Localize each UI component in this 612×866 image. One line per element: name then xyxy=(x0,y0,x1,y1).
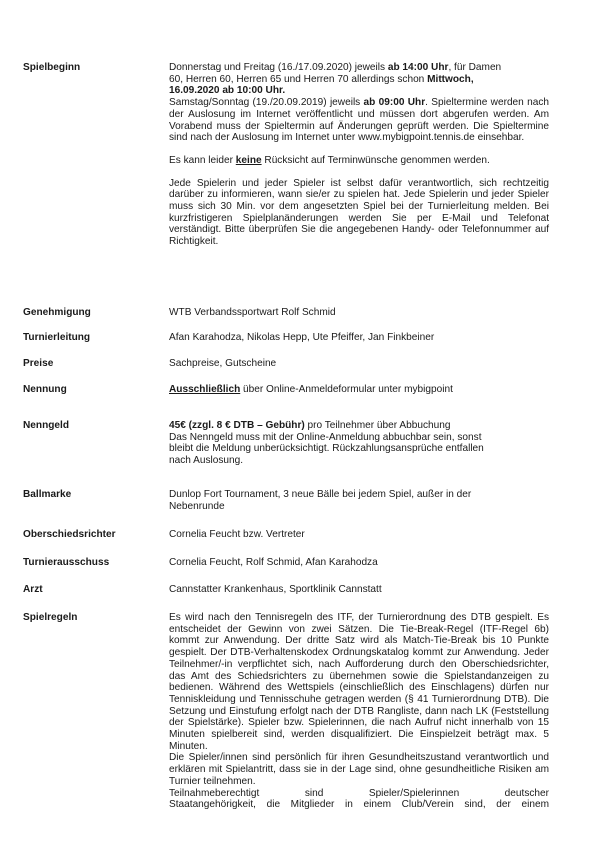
underlined-keine: keine xyxy=(236,155,262,166)
value-preise: Sachpreise, Gutscheine xyxy=(169,358,549,370)
text: Rücksicht auf Terminwünsche genommen wer… xyxy=(262,155,490,166)
label-nenngeld: Nenngeld xyxy=(23,420,69,432)
text: pro Teilnehmer über Abbuchung xyxy=(305,420,451,431)
spielregeln-eligibility-line: Staatangehörigkeit, die Mitglieder in ei… xyxy=(169,799,549,811)
text: Samstag/Sonntag (19./20.09.2019) jeweils xyxy=(169,97,364,108)
ballmarke-line: Dunlop Fort Tournament, 3 neue Bälle bei… xyxy=(169,489,549,501)
bold-time: ab 09:00 Uhr xyxy=(364,97,426,108)
nenngeld-line: nach Auslosung. xyxy=(169,455,549,467)
text: Es kann leider xyxy=(169,155,236,166)
text: über Online-Anmeldeformular unter mybigp… xyxy=(240,384,453,395)
value-arzt: Cannstatter Krankenhaus, Sportklinik Can… xyxy=(169,584,549,596)
spielbeginn-weekend-times: Samstag/Sonntag (19./20.09.2019) jeweils… xyxy=(169,97,549,144)
text: Donnerstag und Freitag (16./17.09.2020) … xyxy=(169,62,388,73)
label-turnierleitung: Turnierleitung xyxy=(23,332,90,344)
label-arzt: Arzt xyxy=(23,584,43,596)
label-spielregeln: Spielregeln xyxy=(23,612,77,624)
spielregeln-eligibility-line: Teilnahmeberechtigt sind Spieler/Spieler… xyxy=(169,788,549,800)
nenngeld-amount: 45€ (zzgl. 8 € DTB – Gebühr) pro Teilneh… xyxy=(169,420,549,432)
value-nenngeld: 45€ (zzgl. 8 € DTB – Gebühr) pro Teilneh… xyxy=(169,420,549,467)
nenngeld-line: bleibt die Meldung unberücksichtigt. Rüc… xyxy=(169,443,549,455)
bold-time: ab 14:00 Uhr xyxy=(388,62,449,73)
value-turnierausschuss: Cornelia Feucht, Rolf Schmid, Afan Karah… xyxy=(169,557,549,569)
spielregeln-health: Die Spieler/innen sind persönlich für ih… xyxy=(169,752,549,787)
label-oberschiedsrichter: Oberschiedsrichter xyxy=(23,529,116,541)
value-oberschiedsrichter: Cornelia Feucht bzw. Vertreter xyxy=(169,529,549,541)
label-spielbeginn: Spielbeginn xyxy=(23,62,80,74)
spielbeginn-weekday-times: Donnerstag und Freitag (16./17.09.2020) … xyxy=(169,62,514,97)
value-turnierleitung: Afan Karahodza, Nikolas Hepp, Ute Pfeiff… xyxy=(169,332,549,344)
label-genehmigung: Genehmigung xyxy=(23,307,91,319)
nenngeld-line: Das Nenngeld muss mit der Online-Anmeldu… xyxy=(169,432,549,444)
spielregeln-rules: Es wird nach den Tennisregeln des ITF, d… xyxy=(169,612,549,752)
value-genehmigung: WTB Verbandssportwart Rolf Schmid xyxy=(169,307,549,319)
value-ballmarke: Dunlop Fort Tournament, 3 neue Bälle bei… xyxy=(169,489,549,512)
underlined-ausschliesslich: Ausschließlich xyxy=(169,384,240,395)
ballmarke-line: Nebenrunde xyxy=(169,501,549,513)
label-ballmarke: Ballmarke xyxy=(23,489,71,501)
body-spielbeginn: Donnerstag und Freitag (16./17.09.2020) … xyxy=(169,62,549,248)
label-preise: Preise xyxy=(23,358,53,370)
spielbeginn-responsibility: Jede Spielerin und jeder Spieler ist sel… xyxy=(169,178,549,248)
label-turnierausschuss: Turnierausschuss xyxy=(23,557,109,569)
spielbeginn-no-requests: Es kann leider keine Rücksicht auf Termi… xyxy=(169,155,549,167)
label-nennung: Nennung xyxy=(23,384,67,396)
value-nennung: Ausschließlich über Online-Anmeldeformul… xyxy=(169,384,549,396)
bold-fee: 45€ (zzgl. 8 € DTB – Gebühr) xyxy=(169,420,305,431)
value-spielregeln: Es wird nach den Tennisregeln des ITF, d… xyxy=(169,612,549,811)
